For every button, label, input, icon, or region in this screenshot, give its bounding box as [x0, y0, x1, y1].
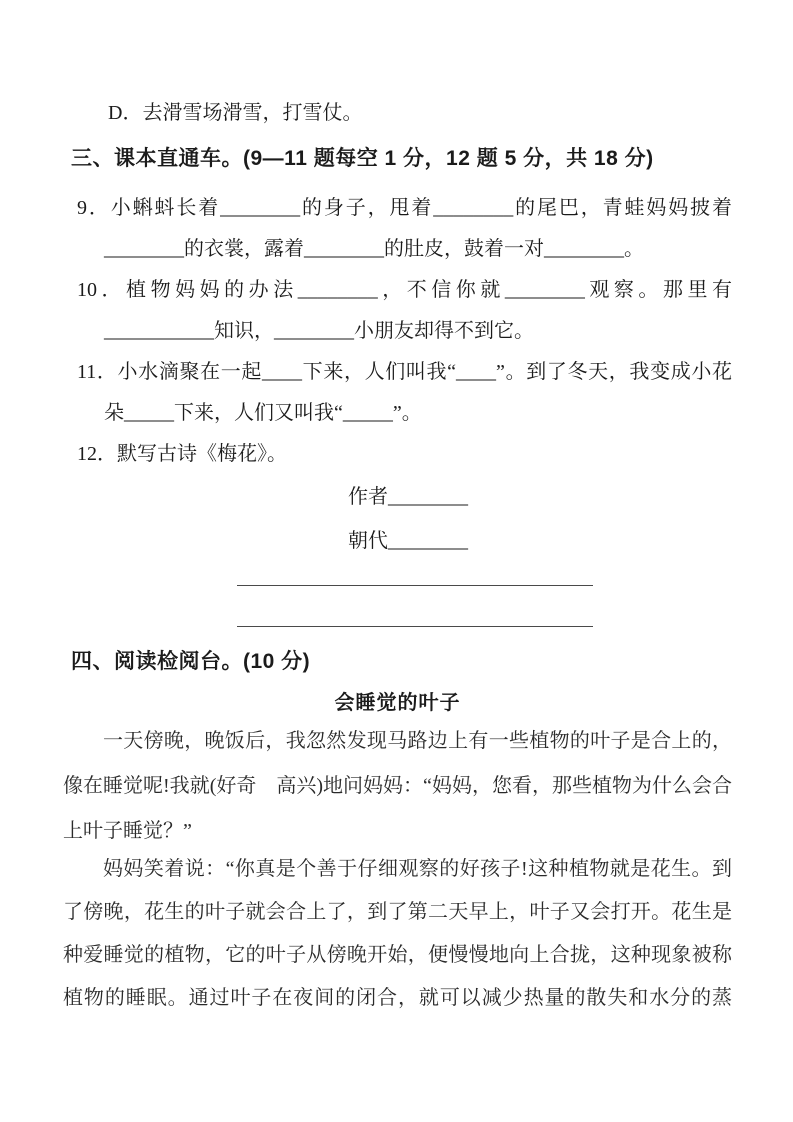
choice-option-d: D．去滑雪场滑雪，打雪仗。 [63, 92, 732, 134]
poem-answer-line [237, 586, 593, 627]
question-9-line-2: ________的衣裳，露着________的肚皮，鼓着一对________。 [63, 229, 732, 270]
passage-title: 会睡觉的叶子 [63, 683, 732, 723]
passage-line: 像在睡觉呢!我就(好奇 高兴)地问妈妈：“妈妈，您看，那些植物为什么会合 [63, 764, 732, 809]
passage-line: 妈妈笑着说：“你真是个善于仔细观察的好孩子!这种植物就是花生。到 [63, 848, 732, 891]
section-three-heading: 三、课本直通车。(9—11 题每空 1 分，12 题 5 分，共 18 分) [63, 136, 732, 182]
passage-paragraph-2: 妈妈笑着说：“你真是个善于仔细观察的好孩子!这种植物就是花生。到 了傍晚，花生的… [63, 848, 732, 1020]
question-11-line-2: 朵_____下来，人们又叫我“_____”。 [63, 393, 732, 434]
section-four-heading: 四、阅读检阅台。(10 分) [63, 639, 732, 685]
passage-line: 一天傍晚，晚饭后，我忽然发现马路边上有一些植物的叶子是合上的，好 [63, 719, 732, 764]
poem-author-blank: 作者________ [63, 475, 732, 519]
poem-dynasty-blank: 朝代________ [63, 519, 732, 563]
question-10-line-1: 10．植物妈妈的办法________，不信你就________观察。那里有 [63, 270, 732, 311]
question-12-prompt: 12．默写古诗《梅花》。 [63, 434, 732, 475]
passage-paragraph-1: 一天傍晚，晚饭后，我忽然发现马路边上有一些植物的叶子是合上的，好 像在睡觉呢!我… [63, 719, 732, 854]
passage-line: 植物的睡眠。通过叶子在夜间的闭合，就可以减少热量的散失和水分的蒸发， [63, 977, 732, 1020]
question-9-line-1: 9．小蝌蚪长着________的身子，甩着________的尾巴，青蛙妈妈披着 [63, 188, 732, 229]
worksheet-page: D．去滑雪场滑雪，打雪仗。 三、课本直通车。(9—11 题每空 1 分，12 题… [0, 0, 793, 1122]
passage-line: 了傍晚，花生的叶子就会合上了，到了第二天早上，叶子又会打开。花生是一 [63, 891, 732, 934]
passage-line: 种爱睡觉的植物，它的叶子从傍晚开始，便慢慢地向上合拢，这种现象被称为 [63, 934, 732, 977]
question-10-line-2: ___________知识，________小朋友却得不到它。 [63, 311, 732, 352]
poem-answer-line [237, 563, 593, 586]
question-11-line-1: 11．小水滴聚在一起____下来，人们叫我“____”。到了冬天，我变成小花 [63, 352, 732, 393]
